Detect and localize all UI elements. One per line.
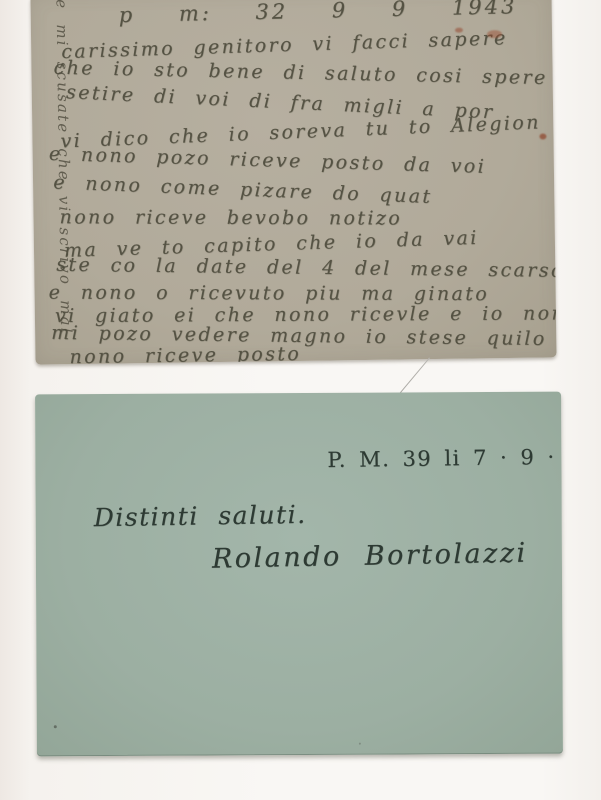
top-postcard-date-line: p m: 32 9 9 1943 xyxy=(118,0,517,26)
handwritten-line: e nono pozo riceve posto da voi xyxy=(49,143,487,178)
handwritten-line: ste co la date del 4 del mese scarso xyxy=(56,254,556,282)
scanner-background: e mi scusate che vi scrivo mal p m: 32 9… xyxy=(0,0,601,800)
handwritten-line: nono riceve bevobo notizo xyxy=(60,206,403,229)
bottom-postcard-date-line: P. M. 39 li 7 · 9 · 43 xyxy=(327,444,563,472)
signature-text: Rolando Bortolazzi xyxy=(212,538,528,575)
paper-speck xyxy=(359,743,361,745)
paper-speck xyxy=(54,725,57,728)
handwritten-line: nono riceve posto xyxy=(69,343,301,365)
handwritten-line: e nono come pizare do quat xyxy=(53,171,433,208)
bottom-postcard: P. M. 39 li 7 · 9 · 43 Distinti saluti. … xyxy=(35,392,563,757)
handwritten-line: e nono o ricevuto piu ma ginato xyxy=(49,282,490,306)
top-postcard: e mi scusate che vi scrivo mal p m: 32 9… xyxy=(30,0,556,365)
scanner-hair-artifact xyxy=(397,358,430,397)
rust-stain xyxy=(539,133,546,139)
salutation-text: Distinti saluti. xyxy=(93,500,306,532)
